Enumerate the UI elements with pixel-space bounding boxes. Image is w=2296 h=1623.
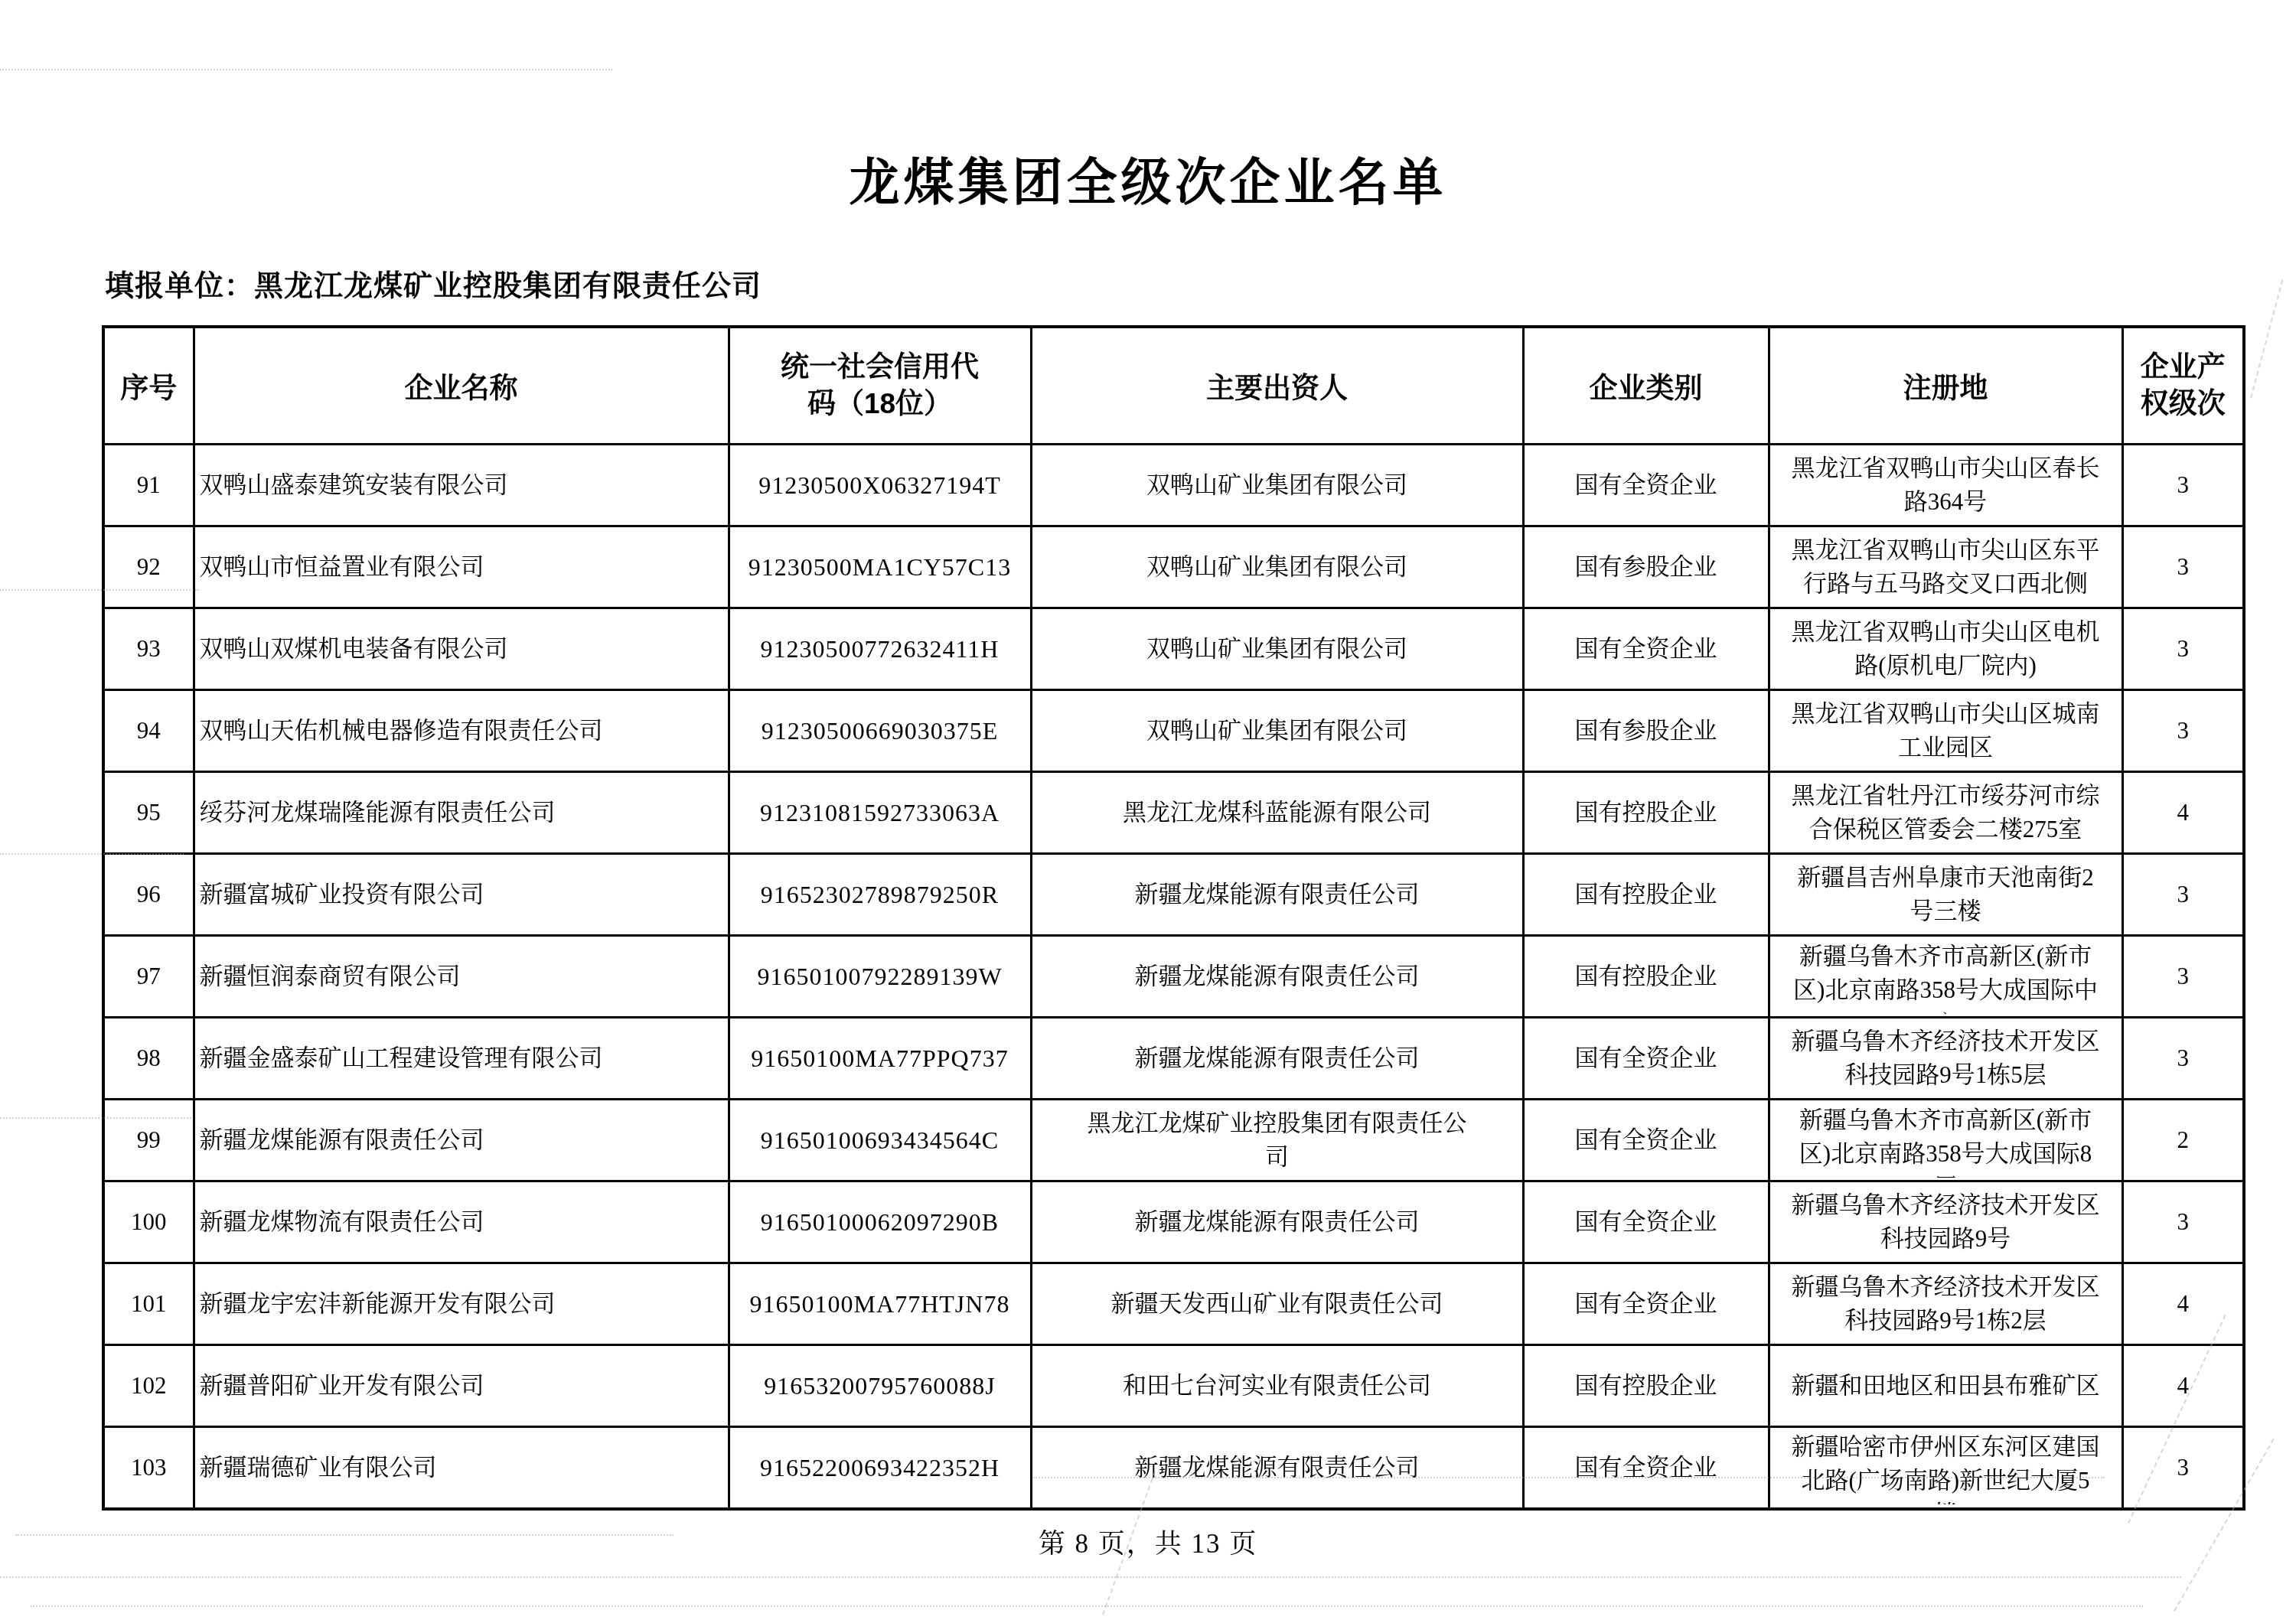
cell-investor: 双鸭山矿业集团有限公司 <box>1031 608 1523 690</box>
scan-artifact <box>0 1576 2181 1578</box>
cell-investor: 双鸭山矿业集团有限公司 <box>1031 690 1523 772</box>
cell-address: 新疆乌鲁木齐市高新区(新市区)北京南路358号大成国际中心 <box>1769 936 2122 1018</box>
table-row: 102新疆普阳矿业开发有限公司91653200795760088J和田七台河实业… <box>103 1345 2244 1427</box>
cell-category: 国有全资企业 <box>1523 1181 1769 1263</box>
table-header: 序号 企业名称 统一社会信用代码（18位） 主要出资人 企业类别 注册地 企业产… <box>103 327 2244 445</box>
cell-category: 国有参股企业 <box>1523 690 1769 772</box>
cell-address: 新疆昌吉州阜康市天池南街2号三楼 <box>1769 854 2122 936</box>
cell-category: 国有控股企业 <box>1523 936 1769 1018</box>
cell-code: 91653200795760088J <box>729 1345 1031 1427</box>
cell-name: 新疆金盛泰矿山工程建设管理有限公司 <box>194 1018 729 1100</box>
cell-code: 91650100MA77HTJN78 <box>729 1263 1031 1345</box>
cell-level: 3 <box>2122 1018 2244 1100</box>
cell-category: 国有参股企业 <box>1523 526 1769 608</box>
cell-name: 新疆瑞德矿业有限公司 <box>194 1427 729 1509</box>
cell-code: 91230500X06327194T <box>729 445 1031 526</box>
cell-code: 91230500772632411H <box>729 608 1031 690</box>
cell-level: 3 <box>2122 1181 2244 1263</box>
cell-investor: 黑龙江龙煤矿业控股集团有限责任公司 <box>1031 1100 1523 1181</box>
cell-investor: 新疆龙煤能源有限责任公司 <box>1031 854 1523 936</box>
cell-address: 黑龙江省双鸭山市尖山区春长路364号 <box>1769 445 2122 526</box>
cell-level: 3 <box>2122 936 2244 1018</box>
header-no: 序号 <box>103 327 194 445</box>
cell-name: 绥芬河龙煤瑞隆能源有限责任公司 <box>194 772 729 854</box>
cell-level: 3 <box>2122 854 2244 936</box>
cell-code: 91650100693434564C <box>729 1100 1031 1181</box>
cell-no: 96 <box>103 854 194 936</box>
cell-name: 双鸭山天佑机械电器修造有限责任公司 <box>194 690 729 772</box>
header-row: 序号 企业名称 统一社会信用代码（18位） 主要出资人 企业类别 注册地 企业产… <box>103 327 2244 445</box>
cell-address: 新疆和田地区和田县布雅矿区 <box>1769 1345 2122 1427</box>
cell-name: 新疆普阳矿业开发有限公司 <box>194 1345 729 1427</box>
cell-category: 国有全资企业 <box>1523 1100 1769 1181</box>
cell-level: 4 <box>2122 1345 2244 1427</box>
cell-address: 黑龙江省双鸭山市尖山区东平行路与五马路交叉口西北侧 <box>1769 526 2122 608</box>
scan-artifact <box>0 69 612 70</box>
cell-level: 3 <box>2122 526 2244 608</box>
cell-level: 4 <box>2122 772 2244 854</box>
reporting-unit: 填报单位：黑龙江龙煤矿业控股集团有限责任公司 <box>105 262 762 304</box>
cell-category: 国有全资企业 <box>1523 445 1769 526</box>
header-code: 统一社会信用代码（18位） <box>729 327 1031 445</box>
table-row: 91双鸭山盛泰建筑安装有限公司91230500X06327194T双鸭山矿业集团… <box>103 445 2244 526</box>
table-body: 91双鸭山盛泰建筑安装有限公司91230500X06327194T双鸭山矿业集团… <box>103 445 2244 1509</box>
cell-no: 101 <box>103 1263 194 1345</box>
cell-address: 新疆哈密市伊州区东河区建国北路(广场南路)新世纪大厦5楼 <box>1769 1427 2122 1509</box>
table-row: 97新疆恒润泰商贸有限公司91650100792289139W新疆龙煤能源有限责… <box>103 936 2244 1018</box>
header-name: 企业名称 <box>194 327 729 445</box>
cell-address: 新疆乌鲁木齐经济技术开发区科技园路9号 <box>1769 1181 2122 1263</box>
cell-code: 91652200693422352H <box>729 1427 1031 1509</box>
cell-category: 国有全资企业 <box>1523 1263 1769 1345</box>
cell-address: 新疆乌鲁木齐经济技术开发区科技园路9号1栋5层 <box>1769 1018 2122 1100</box>
cell-level: 3 <box>2122 690 2244 772</box>
cell-investor: 新疆天发西山矿业有限责任公司 <box>1031 1263 1523 1345</box>
cell-name: 双鸭山盛泰建筑安装有限公司 <box>194 445 729 526</box>
page-number: 第 8 页，共 13 页 <box>0 1523 2296 1561</box>
cell-investor: 黑龙江龙煤科蓝能源有限公司 <box>1031 772 1523 854</box>
table-row: 98新疆金盛泰矿山工程建设管理有限公司91650100MA77PPQ737新疆龙… <box>103 1018 2244 1100</box>
cell-address: 新疆乌鲁木齐经济技术开发区科技园路9号1栋2层 <box>1769 1263 2122 1345</box>
header-level: 企业产权级次 <box>2122 327 2244 445</box>
cell-investor: 双鸭山矿业集团有限公司 <box>1031 526 1523 608</box>
scan-artifact <box>31 1605 2143 1607</box>
enterprise-table: 序号 企业名称 统一社会信用代码（18位） 主要出资人 企业类别 注册地 企业产… <box>102 325 2245 1511</box>
cell-category: 国有控股企业 <box>1523 1345 1769 1427</box>
cell-address: 黑龙江省双鸭山市尖山区电机路(原机电厂院内) <box>1769 608 2122 690</box>
cell-level: 3 <box>2122 1427 2244 1509</box>
document-page: 龙煤集团全级次企业名单 填报单位：黑龙江龙煤矿业控股集团有限责任公司 序号 企业… <box>0 0 2296 1623</box>
cell-name: 双鸭山双煤机电装备有限公司 <box>194 608 729 690</box>
table-row: 96新疆富城矿业投资有限公司91652302789879250R新疆龙煤能源有限… <box>103 854 2244 936</box>
cell-investor: 和田七台河实业有限责任公司 <box>1031 1345 1523 1427</box>
header-category: 企业类别 <box>1523 327 1769 445</box>
cell-no: 100 <box>103 1181 194 1263</box>
table-row: 100新疆龙煤物流有限责任公司91650100062097290B新疆龙煤能源有… <box>103 1181 2244 1263</box>
cell-no: 102 <box>103 1345 194 1427</box>
header-investor: 主要出资人 <box>1031 327 1523 445</box>
cell-category: 国有全资企业 <box>1523 608 1769 690</box>
table-row: 93双鸭山双煤机电装备有限公司91230500772632411H双鸭山矿业集团… <box>103 608 2244 690</box>
cell-code: 91230500MA1CY57C13 <box>729 526 1031 608</box>
cell-investor: 新疆龙煤能源有限责任公司 <box>1031 1018 1523 1100</box>
cell-name: 新疆龙煤能源有限责任公司 <box>194 1100 729 1181</box>
cell-code: 91650100MA77PPQ737 <box>729 1018 1031 1100</box>
cell-no: 103 <box>103 1427 194 1509</box>
scan-artifact <box>2250 279 2283 398</box>
cell-no: 97 <box>103 936 194 1018</box>
cell-address: 黑龙江省双鸭山市尖山区城南工业园区 <box>1769 690 2122 772</box>
cell-level: 3 <box>2122 608 2244 690</box>
cell-code: 91652302789879250R <box>729 854 1031 936</box>
cell-name: 新疆恒润泰商贸有限公司 <box>194 936 729 1018</box>
cell-category: 国有全资企业 <box>1523 1427 1769 1509</box>
cell-investor: 新疆龙煤能源有限责任公司 <box>1031 936 1523 1018</box>
cell-code: 91230500669030375E <box>729 690 1031 772</box>
cell-level: 2 <box>2122 1100 2244 1181</box>
cell-name: 新疆富城矿业投资有限公司 <box>194 854 729 936</box>
table-row: 103新疆瑞德矿业有限公司91652200693422352H新疆龙煤能源有限责… <box>103 1427 2244 1509</box>
cell-level: 4 <box>2122 1263 2244 1345</box>
cell-no: 91 <box>103 445 194 526</box>
cell-no: 95 <box>103 772 194 854</box>
cell-name: 新疆龙煤物流有限责任公司 <box>194 1181 729 1263</box>
cell-address: 新疆乌鲁木齐市高新区(新市区)北京南路358号大成国际8层 <box>1769 1100 2122 1181</box>
table-row: 101新疆龙宇宏沣新能源开发有限公司91650100MA77HTJN78新疆天发… <box>103 1263 2244 1345</box>
table-row: 94双鸭山天佑机械电器修造有限责任公司91230500669030375E双鸭山… <box>103 690 2244 772</box>
cell-level: 3 <box>2122 445 2244 526</box>
cell-no: 93 <box>103 608 194 690</box>
cell-investor: 新疆龙煤能源有限责任公司 <box>1031 1181 1523 1263</box>
cell-name: 新疆龙宇宏沣新能源开发有限公司 <box>194 1263 729 1345</box>
cell-code: 91231081592733063A <box>729 772 1031 854</box>
header-address: 注册地 <box>1769 327 2122 445</box>
cell-no: 94 <box>103 690 194 772</box>
cell-no: 92 <box>103 526 194 608</box>
table-row: 95绥芬河龙煤瑞隆能源有限责任公司91231081592733063A黑龙江龙煤… <box>103 772 2244 854</box>
table-row: 99新疆龙煤能源有限责任公司91650100693434564C黑龙江龙煤矿业控… <box>103 1100 2244 1181</box>
table-row: 92双鸭山市恒益置业有限公司91230500MA1CY57C13双鸭山矿业集团有… <box>103 526 2244 608</box>
cell-name: 双鸭山市恒益置业有限公司 <box>194 526 729 608</box>
cell-investor: 双鸭山矿业集团有限公司 <box>1031 445 1523 526</box>
page-title: 龙煤集团全级次企业名单 <box>0 142 2296 214</box>
cell-no: 98 <box>103 1018 194 1100</box>
cell-category: 国有控股企业 <box>1523 772 1769 854</box>
cell-category: 国有控股企业 <box>1523 854 1769 936</box>
cell-address: 黑龙江省牡丹江市绥芬河市综合保税区管委会二楼275室 <box>1769 772 2122 854</box>
cell-code: 91650100792289139W <box>729 936 1031 1018</box>
cell-no: 99 <box>103 1100 194 1181</box>
cell-category: 国有全资企业 <box>1523 1018 1769 1100</box>
cell-investor: 新疆龙煤能源有限责任公司 <box>1031 1427 1523 1509</box>
cell-code: 91650100062097290B <box>729 1181 1031 1263</box>
